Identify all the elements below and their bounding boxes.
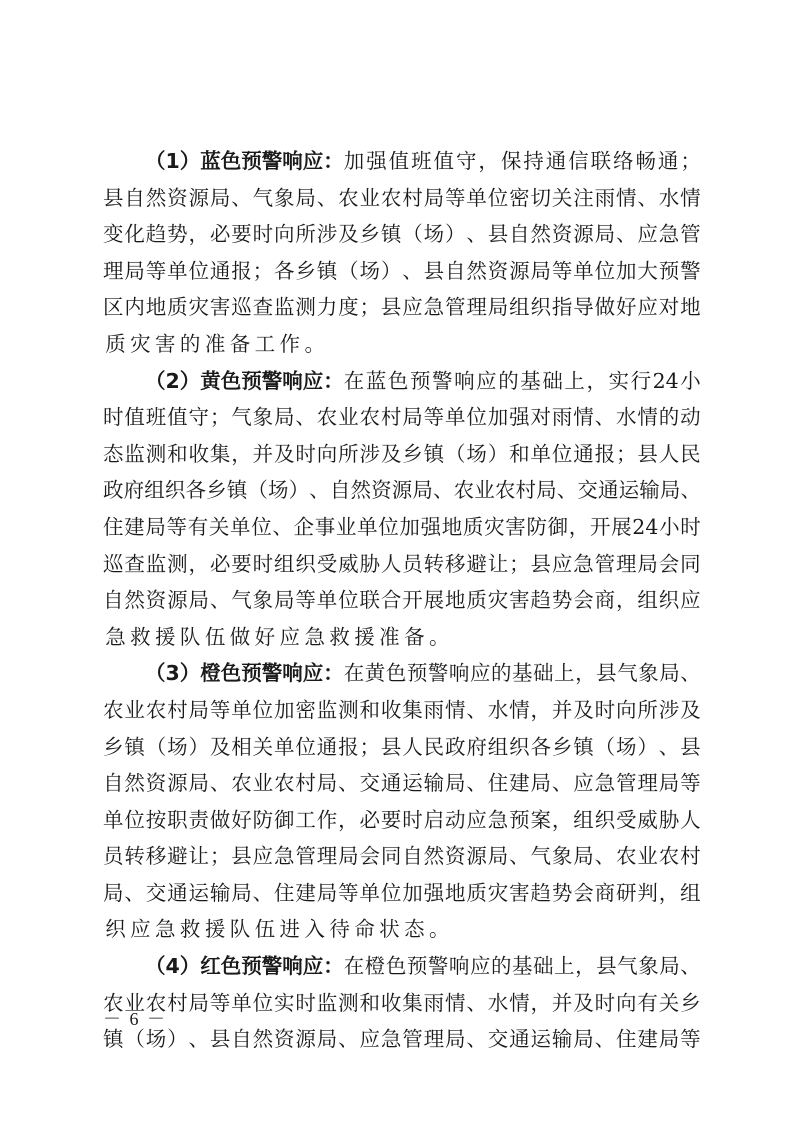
text-line: 区内地质灾害巡查监测力度；县应急管理局组织指导做好应对地 <box>103 289 701 326</box>
text-line: 在橙色预警响应的基础上，县气象局、 <box>344 948 701 985</box>
paragraph-first-line: （1）蓝色预警响应：加强值班值守，保持通信联络畅通； <box>103 143 701 180</box>
text-line: 局、交通运输局、住建局等单位加强地质灾害趋势会商研判，组 <box>103 875 701 912</box>
text-line: 巡查监测，必要时组织受威胁人员转移避让；县应急管理局会同 <box>103 546 701 583</box>
paragraph-first-line: （2）黄色预警响应：在蓝色预警响应的基础上，实行24小 <box>103 363 701 400</box>
text-line: 质灾害的准备工作。 <box>103 326 701 363</box>
text-line: 农业农村局等单位实时监测和收集雨情、水情，并及时向有关乡 <box>103 985 701 1022</box>
text-line: 县自然资源局、气象局、农业农村局等单位密切关注雨情、水情 <box>103 180 701 217</box>
text-line: 急救援队伍做好应急救援准备。 <box>103 619 701 656</box>
text-line: 政府组织各乡镇（场）、自然资源局、农业农村局、交通运输局、 <box>103 472 701 509</box>
section-heading: （2）黄色预警响应： <box>145 363 344 400</box>
text-line: 农业农村局等单位加密监测和收集雨情、水情，并及时向所涉及 <box>103 692 701 729</box>
paragraph-first-line: （4）红色预警响应：在橙色预警响应的基础上，县气象局、 <box>103 948 701 985</box>
text-line: 织应急救援队伍进入待命状态。 <box>103 911 701 948</box>
section-blue-warning: （1）蓝色预警响应：加强值班值守，保持通信联络畅通； 县自然资源局、气象局、农业… <box>103 143 701 363</box>
text-line: 镇（场）、县自然资源局、应急管理局、交通运输局、住建局等 <box>103 1021 701 1058</box>
document-page: （1）蓝色预警响应：加强值班值守，保持通信联络畅通； 县自然资源局、气象局、农业… <box>0 0 793 1122</box>
text-line: 乡镇（场）及相关单位通报；县人民政府组织各乡镇（场）、县 <box>103 729 701 766</box>
text-line: 单位按职责做好防御工作，必要时启动应急预案，组织受威胁人 <box>103 802 701 839</box>
section-heading: （1）蓝色预警响应： <box>145 143 344 180</box>
paragraph-first-line: （3）橙色预警响应：在黄色预警响应的基础上，县气象局、 <box>103 655 701 692</box>
text-line: 员转移避让；县应急管理局会同自然资源局、气象局、农业农村 <box>103 838 701 875</box>
section-orange-warning: （3）橙色预警响应：在黄色预警响应的基础上，县气象局、 农业农村局等单位加密监测… <box>103 655 701 948</box>
text-line: 时值班值守；气象局、农业农村局等单位加强对雨情、水情的动 <box>103 399 701 436</box>
section-red-warning: （4）红色预警响应：在橙色预警响应的基础上，县气象局、 农业农村局等单位实时监测… <box>103 948 701 1058</box>
text-line: 变化趋势，必要时向所涉及乡镇（场）、县自然资源局、应急管 <box>103 216 701 253</box>
section-heading: （3）橙色预警响应： <box>145 655 344 692</box>
text-line: 住建局等有关单位、企事业单位加强地质灾害防御，开展24小时 <box>103 509 701 546</box>
text-line: 在黄色预警响应的基础上，县气象局、 <box>344 655 701 692</box>
text-line: 在蓝色预警响应的基础上，实行24小 <box>344 363 701 400</box>
document-body: （1）蓝色预警响应：加强值班值守，保持通信联络畅通； 县自然资源局、气象局、农业… <box>103 143 701 1058</box>
text-line: 自然资源局、农业农村局、交通运输局、住建局、应急管理局等 <box>103 765 701 802</box>
page-number: － 6 － <box>103 1005 167 1031</box>
section-heading: （4）红色预警响应： <box>145 948 344 985</box>
text-line: 态监测和收集，并及时向所涉及乡镇（场）和单位通报；县人民 <box>103 436 701 473</box>
section-yellow-warning: （2）黄色预警响应：在蓝色预警响应的基础上，实行24小 时值班值守；气象局、农业… <box>103 363 701 656</box>
text-line: 加强值班值守，保持通信联络畅通； <box>344 143 701 180</box>
text-line: 理局等单位通报；各乡镇（场）、县自然资源局等单位加大预警 <box>103 253 701 290</box>
text-line: 自然资源局、气象局等单位联合开展地质灾害趋势会商，组织应 <box>103 582 701 619</box>
